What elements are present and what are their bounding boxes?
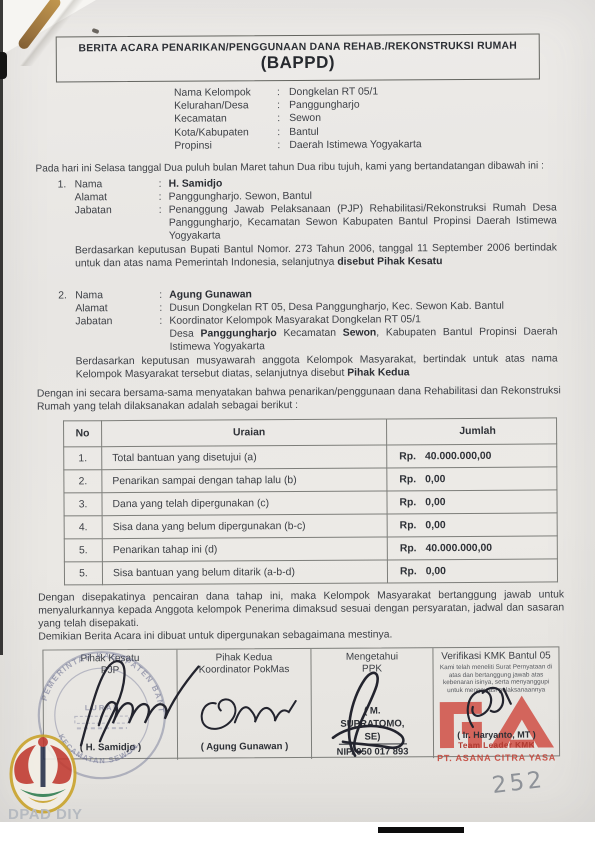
colon: : [277,99,289,112]
party2-position-line2: Desa Panggungharjo Kecamatan Sewon, Kabu… [169,325,557,353]
cell-jumlah: Rp.0,00 [387,490,557,514]
colon: : [159,178,169,191]
amount: 40.000.000,00 [426,541,493,554]
field-label: Nama [75,178,159,192]
basis-text: Berdasarkan keputusan musyawarah anggota… [76,353,558,380]
sig-col4-role: Team Leader KMK [434,738,559,752]
info-label: Kota/Kabupaten [174,126,277,140]
cell-no: 2. [64,470,102,493]
amount: 40.000.000,00 [425,449,492,462]
party2-block: 2. Nama : Agung Gunawan Alamat : Dusun D… [58,286,558,381]
group-info-block: Nama Kelompok : Dongkelan RT 05/1 Kelura… [174,84,549,152]
party2-jabatan-row: Jabatan : Koordinator Kelompok Masyaraka… [58,312,557,354]
field-label: Alamat [75,302,159,316]
sig-col2-title: Pihak Kedua Koordinator PokMas [177,649,310,677]
party1-basis-paragraph: Berdasarkan keputusan Bupati Bantul Nomo… [75,241,557,270]
sig-col3-line2: PPK [312,663,433,676]
pos-seg-bold: Panggungharjo [200,328,276,339]
cell-no: 1. [64,447,102,470]
info-label: Kecamatan [174,113,277,127]
document-abbreviation: (BAPPD) [57,55,539,71]
sig-col3-title: Mengetahui PPK [311,648,432,676]
colon: : [277,126,289,139]
funds-table: No Uraian Jumlah 1. Total bantuan yang d… [63,417,558,585]
party1-block: 1. Nama : H. Samidjo Alamat : Panggungha… [58,175,558,270]
closing-block: Dengan disepakatinya pencairan dana taha… [38,588,564,643]
signature-col-kmk: Verifikasi KMK Bantul 05 Kami telah mene… [432,647,559,758]
party1-position: Penanggung Jawab Pelaksanaan (PJP) Rehab… [169,201,557,242]
sig-col2-name: ( Agung Gunawan ) [178,740,311,754]
cell-no: 5. [64,562,102,585]
cell-no: 5. [64,539,102,562]
amount: 0,00 [425,473,445,486]
cell-jumlah: Rp.0,00 [387,467,557,491]
header-no: No [64,421,102,447]
info-label: Propinsi [174,139,277,153]
field-label: Jabatan [75,315,159,355]
colon: : [277,139,289,152]
basis-text: Berdasarkan keputusan Bupati Bantul Nomo… [75,242,557,269]
item-number: 2. [58,289,75,302]
scanned-document-page: BERITA ACARA PENARIKAN/PENGGUNAAN DANA R… [0,0,595,842]
currency: Rp. [400,565,417,578]
sig-col3-name: ( M. SUPRATOMO, SE) [338,704,406,744]
amount: 0,00 [426,565,446,578]
party1-designation: disebut Pihak Kesatu [337,256,442,268]
table-row: 3. Dana yang telah dipergunakan (c) Rp.0… [64,490,557,516]
colon: : [159,204,169,243]
stamp-center-text: L U R A H [85,703,119,712]
opening-paragraph: Pada hari ini Selasa tanggal Dua puluh b… [35,159,575,175]
signature-col-pihak-kedua: Pihak Kedua Koordinator PokMas ( Agung G… [176,649,311,760]
pos-seg-bold: Sewon [343,328,377,339]
table-row: 5. Sisa bantuan yang belum ditarik (a-b-… [64,559,557,585]
dpad-watermark: DPAD DIY [8,806,83,823]
item-number: 1. [58,178,75,191]
cell-uraian: Penarikan tahap ini (d) [102,537,387,562]
info-label: Kelurahan/Desa [174,99,277,113]
bottom-black-bar [378,827,464,833]
header-uraian: Uraian [102,419,387,447]
colon: : [159,191,169,204]
table-row: 1. Total bantuan yang disetujui (a) Rp.4… [64,444,557,470]
field-label: Jabatan [75,204,159,244]
table-row: 5. Penarikan tahap ini (d) Rp.40.000.000… [64,536,557,562]
statement-paragraph: Dengan ini secara bersama-sama menyataka… [37,384,561,413]
cell-uraian: Sisa bantuan yang belum ditarik (a-b-d) [102,560,387,585]
party2-designation: Pihak Kedua [347,367,409,378]
party2-basis-paragraph: Berdasarkan keputusan musyawarah anggota… [76,352,558,381]
closing-paragraph-1: Dengan disepakatinya pencairan dana taha… [38,588,564,630]
table-header-row: No Uraian Jumlah [64,418,557,447]
party2-position: Koordinator Kelompok Masyarakat Dongkela… [169,312,557,353]
cell-no: 4. [64,516,102,539]
cell-jumlah: Rp.0,00 [387,513,557,537]
info-row: Propinsi : Daerah Istimewa Yogyakarta [174,137,549,152]
pos-seg: Kecamatan [277,328,343,339]
currency: Rp. [399,473,416,486]
sig-col4-company: PT. ASANA CITRA YASA [434,751,559,765]
field-label: Nama [75,289,159,303]
cell-uraian: Dana yang telah dipergunakan (c) [102,491,387,516]
cell-jumlah: Rp.0,00 [387,559,557,583]
party1-jabatan-row: Jabatan : Penanggung Jawab Pelaksanaan (… [58,201,557,243]
colon: : [277,86,289,99]
header-jumlah: Jumlah [387,418,557,445]
sig-col2-line2: Koordinator PokMas [178,664,311,677]
cell-uraian: Sisa dana yang belum dipergunakan (b-c) [102,514,387,539]
colon: : [277,112,289,125]
currency: Rp. [399,450,416,463]
cell-no: 3. [64,493,102,516]
cell-uraian: Total bantuan yang disetujui (a) [102,445,387,470]
amount: 0,00 [425,519,445,532]
colon: : [159,289,169,302]
field-label: Alamat [75,191,159,205]
amount: 0,00 [425,496,445,509]
sig-col2-line1: Pihak Kedua [177,652,310,665]
table-row: 2. Penarikan sampai dengan tahap lalu (b… [64,467,557,493]
pos-seg: Desa [169,329,200,340]
title-box: BERITA ACARA PENARIKAN/PENGGUNAAN DANA R… [56,34,540,83]
info-value: Daerah Istimewa Yogyakarta [289,137,549,152]
info-label: Nama Kelompok [174,86,277,100]
sig-col3-nip: NIP. 050 017 893 [312,744,433,758]
table-row: 4. Sisa dana yang belum dipergunakan (b-… [64,513,557,539]
colon: : [159,302,169,315]
currency: Rp. [400,542,417,555]
signature-col-ppk: Mengetahui PPK ( M. SUPRATOMO, SE) NIP. … [310,648,433,759]
cell-jumlah: Rp.40.000.000,00 [387,536,557,560]
currency: Rp. [400,519,417,532]
currency: Rp. [399,496,416,509]
document-content: BERITA ACARA PENARIKAN/PENGGUNAAN DANA R… [0,0,595,842]
sig-col3-line1: Mengetahui [311,651,432,664]
colon: : [159,315,169,354]
cell-jumlah: Rp.40.000.000,00 [387,444,557,468]
cell-uraian: Penarikan sampai dengan tahap lalu (b) [102,468,387,493]
sig-col4-title: Verifikasi KMK Bantul 05 [433,647,558,663]
